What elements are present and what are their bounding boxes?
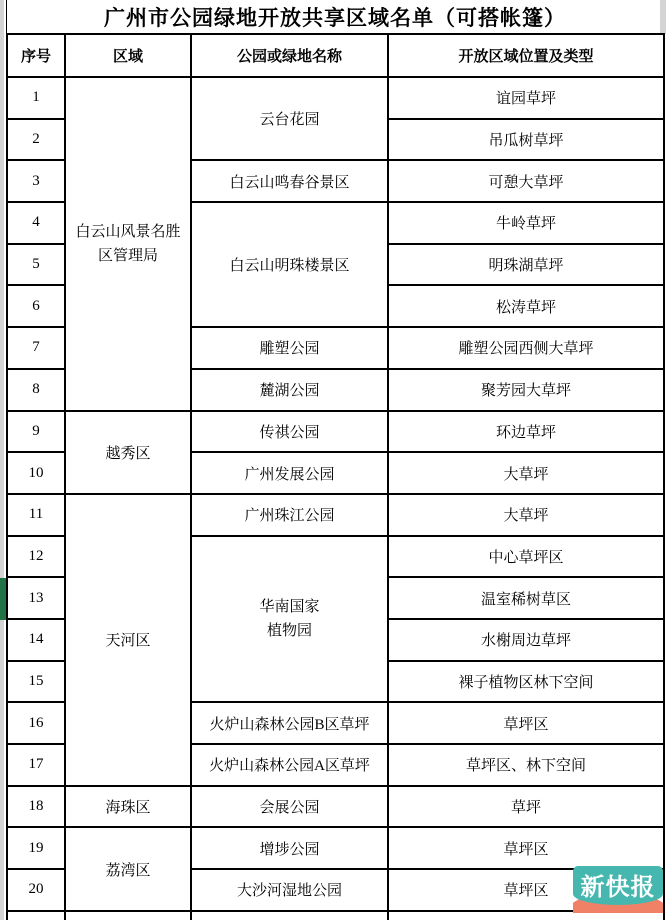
row-number-cell[interactable]: 14 [7, 619, 65, 661]
area-cell[interactable]: 松涛草坪 [388, 285, 664, 327]
empty-cell[interactable] [191, 911, 388, 920]
row-number-cell[interactable]: 10 [7, 452, 65, 494]
area-cell[interactable]: 草坪区 [388, 702, 664, 744]
spreadsheet-screenshot: 广州市公园绿地开放共享区域名单（可搭帐篷） 序号 区域 公园或绿地名称 开放区域… [0, 0, 666, 920]
row-number-cell[interactable]: 11 [7, 494, 65, 536]
area-cell[interactable]: 聚芳园大草坪 [388, 369, 664, 411]
header-index: 序号 [7, 34, 65, 77]
area-cell[interactable]: 环边草坪 [388, 411, 664, 453]
area-cell[interactable]: 吊瓜树草坪 [388, 119, 664, 161]
park-cell[interactable]: 会展公园 [191, 786, 388, 828]
parks-table: 序号 区域 公园或绿地名称 开放区域位置及类型 1 白云山风景名胜 区管理局 云… [6, 33, 665, 920]
area-cell[interactable]: 裸子植物区林下空间 [388, 661, 664, 703]
park-cell[interactable]: 雕塑公园 [191, 327, 388, 369]
row-number-cell[interactable]: 20 [7, 869, 65, 911]
row-number-cell[interactable]: 8 [7, 369, 65, 411]
park-cell[interactable]: 增埗公园 [191, 827, 388, 869]
area-cell[interactable]: 水榭周边草坪 [388, 619, 664, 661]
row-number-cell[interactable]: 1 [7, 77, 65, 119]
area-cell[interactable]: 可憩大草坪 [388, 160, 664, 202]
row-number-cell[interactable]: 9 [7, 411, 65, 453]
row-number-cell[interactable]: 7 [7, 327, 65, 369]
area-cell[interactable]: 草坪区 [388, 827, 664, 869]
area-cell[interactable]: 大草坪 [388, 494, 664, 536]
area-cell[interactable]: 明珠湖草坪 [388, 244, 664, 286]
area-cell[interactable]: 雕塑公园西侧大草坪 [388, 327, 664, 369]
park-cell[interactable]: 白云山明珠楼景区 [191, 202, 388, 327]
district-cell[interactable]: 海珠区 [65, 786, 191, 828]
park-cell[interactable]: 云台花园 [191, 77, 388, 160]
row-number-cell[interactable]: 18 [7, 786, 65, 828]
header-district: 区域 [65, 34, 191, 77]
row-number-cell[interactable]: 6 [7, 285, 65, 327]
row-number-cell[interactable]: 12 [7, 536, 65, 578]
row-number-cell[interactable]: 17 [7, 744, 65, 786]
park-cell[interactable]: 白云山鸣春谷景区 [191, 160, 388, 202]
park-cell[interactable]: 传祺公园 [191, 411, 388, 453]
park-cell[interactable]: 火炉山森林公园A区草坪 [191, 744, 388, 786]
area-cell[interactable]: 草坪区、林下空间 [388, 744, 664, 786]
table-title: 广州市公园绿地开放共享区域名单（可搭帐篷） [6, 0, 663, 33]
row-number-cell[interactable]: 15 [7, 661, 65, 703]
header-area: 开放区域位置及类型 [388, 34, 664, 77]
row-number-cell[interactable]: 3 [7, 160, 65, 202]
empty-cell[interactable] [7, 911, 65, 920]
park-cell[interactable]: 麓湖公园 [191, 369, 388, 411]
table-row: 18 海珠区 会展公园 草坪 [7, 786, 664, 828]
header-park: 公园或绿地名称 [191, 34, 388, 77]
row-number-cell[interactable]: 4 [7, 202, 65, 244]
district-cell[interactable]: 越秀区 [65, 411, 191, 494]
table-row: 9 越秀区 传祺公园 环边草坪 [7, 411, 664, 453]
row-number-cell[interactable]: 5 [7, 244, 65, 286]
table-row: 19 荔湾区 增埗公园 草坪区 [7, 827, 664, 869]
partial-row [7, 911, 664, 920]
table-row: 1 白云山风景名胜 区管理局 云台花园 谊园草坪 [7, 77, 664, 119]
area-cell[interactable]: 大草坪 [388, 452, 664, 494]
header-row: 序号 区域 公园或绿地名称 开放区域位置及类型 [7, 34, 664, 77]
park-cell[interactable]: 华南国家 植物园 [191, 536, 388, 703]
area-cell[interactable]: 草坪 [388, 786, 664, 828]
district-cell[interactable]: 白云山风景名胜 区管理局 [65, 77, 191, 411]
row-number-cell[interactable]: 19 [7, 827, 65, 869]
area-cell[interactable]: 牛岭草坪 [388, 202, 664, 244]
park-cell[interactable]: 火炉山森林公园B区草坪 [191, 702, 388, 744]
district-cell[interactable]: 荔湾区 [65, 827, 191, 910]
watermark-badge: 新快报 [573, 866, 663, 905]
park-cell[interactable]: 广州发展公园 [191, 452, 388, 494]
area-cell[interactable]: 谊园草坪 [388, 77, 664, 119]
sheet-margin-strip-left [0, 0, 4, 920]
area-cell[interactable]: 中心草坪区 [388, 536, 664, 578]
xinkuaibao-watermark: 新快报 [573, 866, 663, 913]
park-cell[interactable]: 大沙河湿地公园 [191, 869, 388, 911]
row-number-cell[interactable]: 13 [7, 577, 65, 619]
park-cell[interactable]: 广州珠江公园 [191, 494, 388, 536]
row-number-cell[interactable]: 16 [7, 702, 65, 744]
empty-cell[interactable] [65, 911, 191, 920]
watermark-text: 新快报 [581, 867, 656, 904]
row-number-cell[interactable]: 2 [7, 119, 65, 161]
district-cell[interactable]: 天河区 [65, 494, 191, 786]
area-cell[interactable]: 温室稀树草区 [388, 577, 664, 619]
table-row: 11 天河区 广州珠江公园 大草坪 [7, 494, 664, 536]
